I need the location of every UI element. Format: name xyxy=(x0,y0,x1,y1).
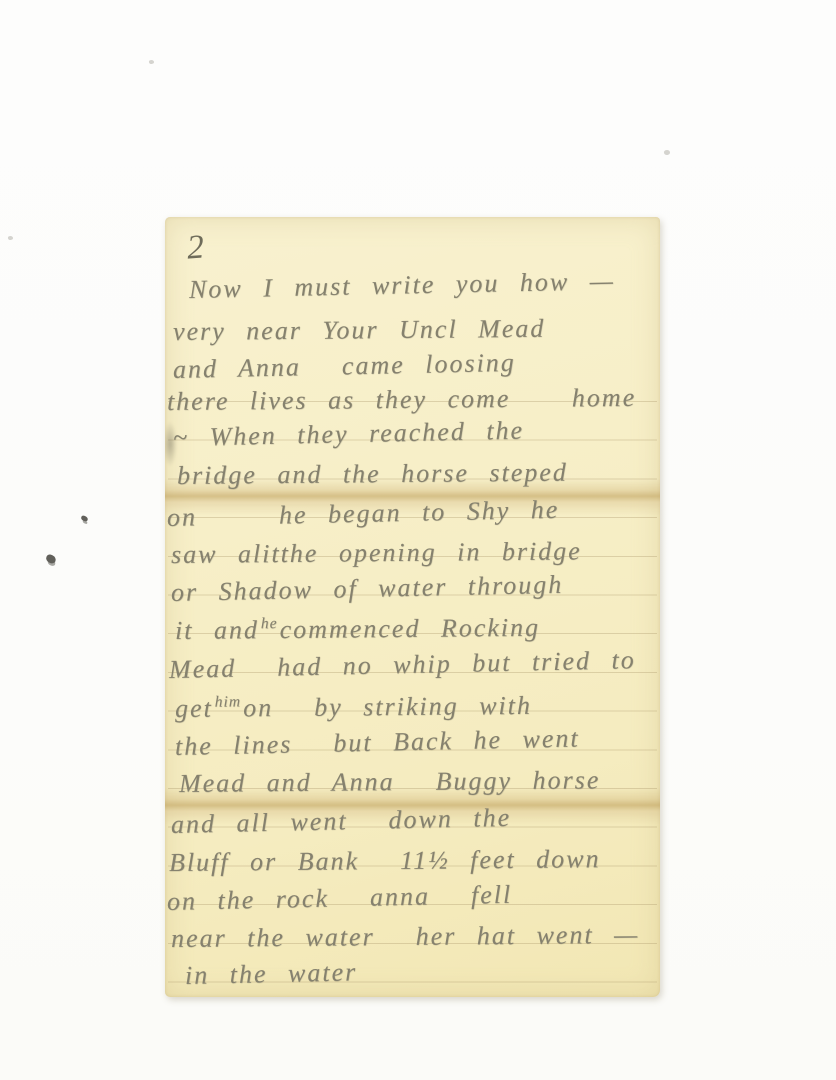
handwritten-line: and all went down the xyxy=(171,803,512,840)
handwritten-line: Bluff or Bank 11½ feet down xyxy=(169,844,601,878)
handwritten-line: near the water her hat went — xyxy=(171,920,640,954)
page-number: 2 xyxy=(186,228,206,267)
dust-speck xyxy=(8,236,14,241)
handwritten-line: it andhecommenced Rocking xyxy=(175,613,540,646)
inserted-word: him xyxy=(215,693,242,710)
dust-speck xyxy=(149,60,155,65)
handwritten-line: or Shadow of water through xyxy=(171,570,564,608)
handwritten-line: saw alitthe opening in bridge xyxy=(171,536,582,570)
inserted-word: he xyxy=(261,615,278,632)
dust-speck xyxy=(45,553,57,564)
handwritten-line: there lives as they come home xyxy=(167,383,636,417)
handwritten-line: very near Your Uncl Mead xyxy=(173,314,546,347)
handwritten-line: bridge and the horse steped xyxy=(177,458,568,491)
handwritten-line: Mead had no whip but tried to xyxy=(169,645,636,685)
scanned-letter-background: 2 Now I must write you how —very near Yo… xyxy=(0,0,836,1080)
handwritten-line: on the rock anna fell xyxy=(167,880,513,917)
handwritten-line: and Anna came loosing xyxy=(173,348,516,385)
handwritten-line: ~ When they reached the xyxy=(173,416,525,453)
letter-page: 2 Now I must write you how —very near Yo… xyxy=(165,217,660,997)
handwritten-line: Mead and Anna Buggy horse xyxy=(179,765,601,799)
handwritten-line: in the water xyxy=(185,957,358,991)
handwritten-line: Now I must write you how — xyxy=(189,266,615,305)
dust-speck xyxy=(664,149,671,155)
dust-speck xyxy=(80,515,88,522)
handwritten-line: the lines but Back he went xyxy=(175,724,580,762)
handwritten-line: gethimon by striking with xyxy=(175,691,532,724)
